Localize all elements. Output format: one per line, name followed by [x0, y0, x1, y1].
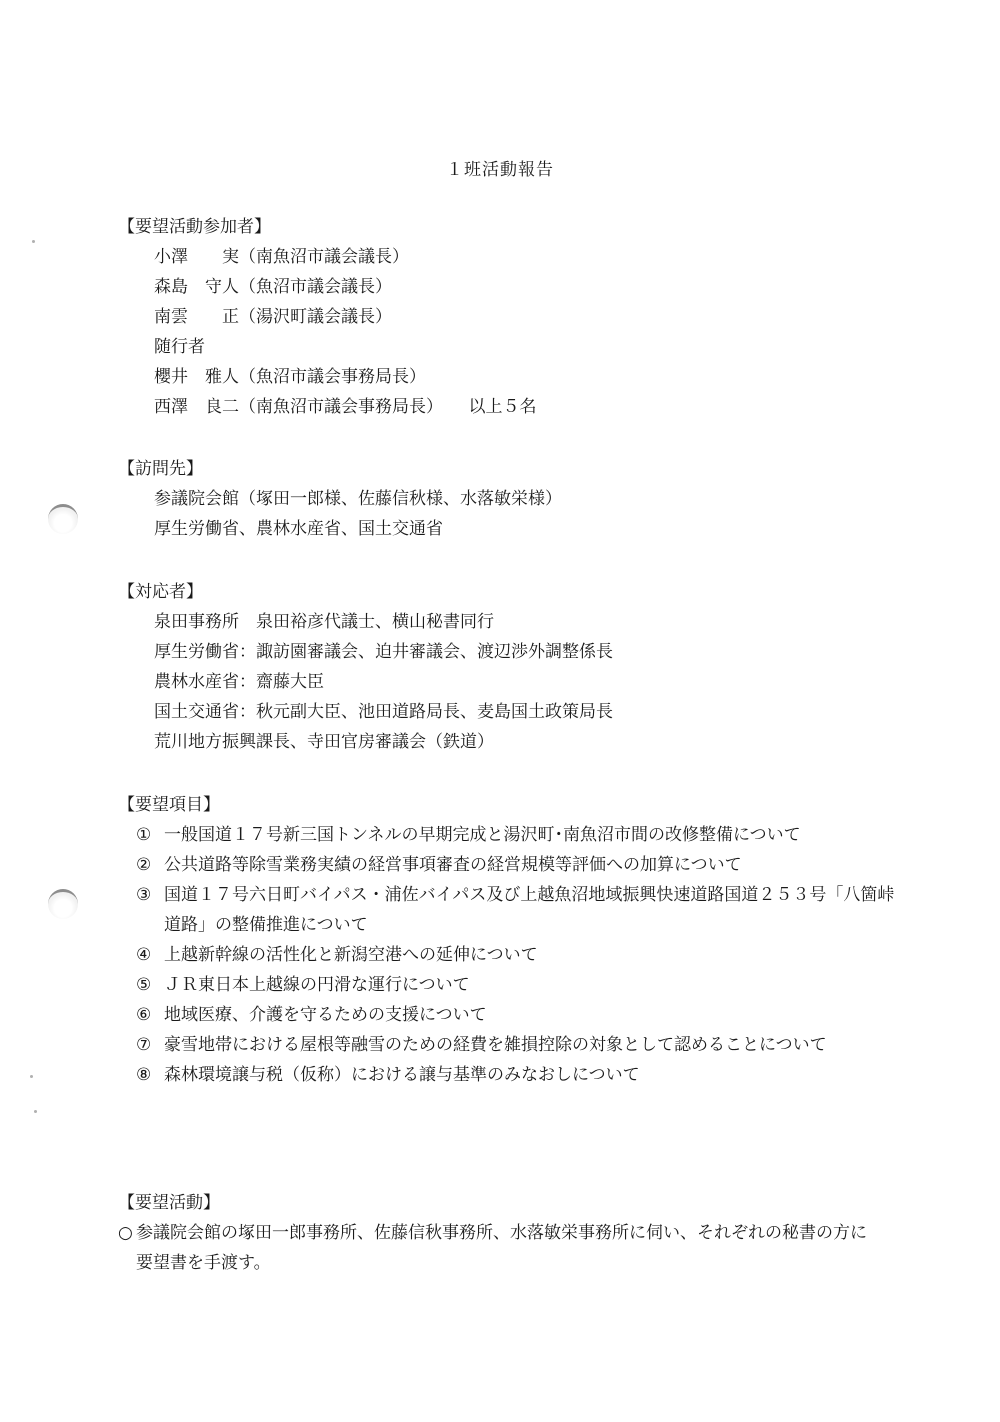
destination-line: 厚生労働省、農林水産省、国土交通省	[118, 514, 898, 544]
activity-text: 参議院会館の塚田一郎事務所、佐藤信秋事務所、水落敏栄事務所に伺い、それぞれの秘書…	[136, 1218, 876, 1278]
activities-heading: 【要望活動】	[118, 1188, 898, 1218]
request-item: ① 一般国道１７号新三国トンネルの早期完成と湯沢町･南魚沼市間の改修整備について	[118, 820, 898, 850]
request-items-section: 【要望項目】 ① 一般国道１７号新三国トンネルの早期完成と湯沢町･南魚沼市間の改…	[118, 790, 898, 1090]
respondent-line: 厚生労働省：諏訪園審議会、迫井審議会、渡辺渉外調整係長	[118, 637, 898, 667]
item-number: ⑥	[118, 1000, 164, 1030]
item-text: 豪雪地帯における屋根等融雪のための経費を雑損控除の対象として認めることについて	[164, 1030, 898, 1060]
respondent-line: 泉田事務所 泉田裕彦代議士、横山秘書同行	[118, 607, 898, 637]
document-page: １班活動報告 【要望活動参加者】 小澤 実（南魚沼市議会議長） 森島 守人（魚沼…	[0, 0, 1000, 1422]
participants-heading: 【要望活動参加者】	[118, 212, 898, 242]
request-item: ⑧ 森林環境譲与税（仮称）における譲与基準のみなおしについて	[118, 1060, 898, 1090]
destination-line: 参議院会館（塚田一郎様、佐藤信秋様、水落敏栄様）	[118, 484, 898, 514]
respondent-line: 国土交通省：秋元副大臣、池田道路局長、麦島国土政策局長	[118, 697, 898, 727]
participant-line: 西澤 良二（南魚沼市議会事務局長） 以上５名	[118, 392, 898, 422]
scan-speck	[34, 1110, 37, 1113]
request-item: ② 公共道路等除雪業務実績の経営事項審査の経営規模等評価への加算について	[118, 850, 898, 880]
item-text: 地域医療、介護を守るための支援について	[164, 1000, 898, 1030]
scan-speck	[30, 1075, 33, 1078]
item-number: ④	[118, 940, 164, 970]
item-number: ⑧	[118, 1060, 164, 1090]
activity-item: ○ 参議院会館の塚田一郎事務所、佐藤信秋事務所、水落敏栄事務所に伺い、それぞれの…	[118, 1218, 898, 1278]
scan-speck	[32, 240, 35, 243]
request-item: ⑤ ＪＲ東日本上越線の円滑な運行について	[118, 970, 898, 1000]
participant-line: 随行者	[118, 332, 898, 362]
respondent-line: 荒川地方振興課長、寺田官房審議会（鉄道）	[118, 727, 898, 757]
request-item: ⑦ 豪雪地帯における屋根等融雪のための経費を雑損控除の対象として認めることについ…	[118, 1030, 898, 1060]
punch-hole-mark	[48, 504, 78, 534]
participant-line: 櫻井 雅人（魚沼市議会事務局長）	[118, 362, 898, 392]
participant-line: 小澤 実（南魚沼市議会議長）	[118, 242, 898, 272]
request-item: ③ 国道１７号六日町バイパス・浦佐バイパス及び上越魚沼地域振興快速道路国道２５３…	[118, 880, 898, 940]
respondents-section: 【対応者】 泉田事務所 泉田裕彦代議士、横山秘書同行 厚生労働省：諏訪園審議会、…	[118, 577, 898, 757]
item-number: ⑤	[118, 970, 164, 1000]
destinations-section: 【訪問先】 参議院会館（塚田一郎様、佐藤信秋様、水落敏栄様） 厚生労働省、農林水…	[118, 454, 898, 544]
item-number: ⑦	[118, 1030, 164, 1060]
punch-hole-mark	[48, 889, 78, 919]
participant-line: 南雲 正（湯沢町議会議長）	[118, 302, 898, 332]
request-item: ⑥ 地域医療、介護を守るための支援について	[118, 1000, 898, 1030]
respondent-line: 農林水産省：齋藤大臣	[118, 667, 898, 697]
item-number: ③	[118, 880, 164, 940]
item-number: ①	[118, 820, 164, 850]
participant-line: 森島 守人（魚沼市議会議長）	[118, 272, 898, 302]
request-items-heading: 【要望項目】	[118, 790, 898, 820]
item-text: 上越新幹線の活性化と新潟空港への延伸について	[164, 940, 898, 970]
document-title: １班活動報告	[0, 155, 1000, 180]
item-number: ②	[118, 850, 164, 880]
item-text: 国道１７号六日町バイパス・浦佐バイパス及び上越魚沼地域振興快速道路国道２５３号「…	[164, 880, 898, 940]
participants-section: 【要望活動参加者】 小澤 実（南魚沼市議会議長） 森島 守人（魚沼市議会議長） …	[118, 212, 898, 422]
circle-bullet-icon: ○	[118, 1218, 136, 1278]
destinations-heading: 【訪問先】	[118, 454, 898, 484]
item-text: 公共道路等除雪業務実績の経営事項審査の経営規模等評価への加算について	[164, 850, 898, 880]
item-text: 森林環境譲与税（仮称）における譲与基準のみなおしについて	[164, 1060, 898, 1090]
request-item: ④ 上越新幹線の活性化と新潟空港への延伸について	[118, 940, 898, 970]
item-text: ＪＲ東日本上越線の円滑な運行について	[164, 970, 898, 1000]
activities-section: 【要望活動】 ○ 参議院会館の塚田一郎事務所、佐藤信秋事務所、水落敏栄事務所に伺…	[118, 1188, 898, 1278]
item-text: 一般国道１７号新三国トンネルの早期完成と湯沢町･南魚沼市間の改修整備について	[164, 820, 898, 850]
respondents-heading: 【対応者】	[118, 577, 898, 607]
